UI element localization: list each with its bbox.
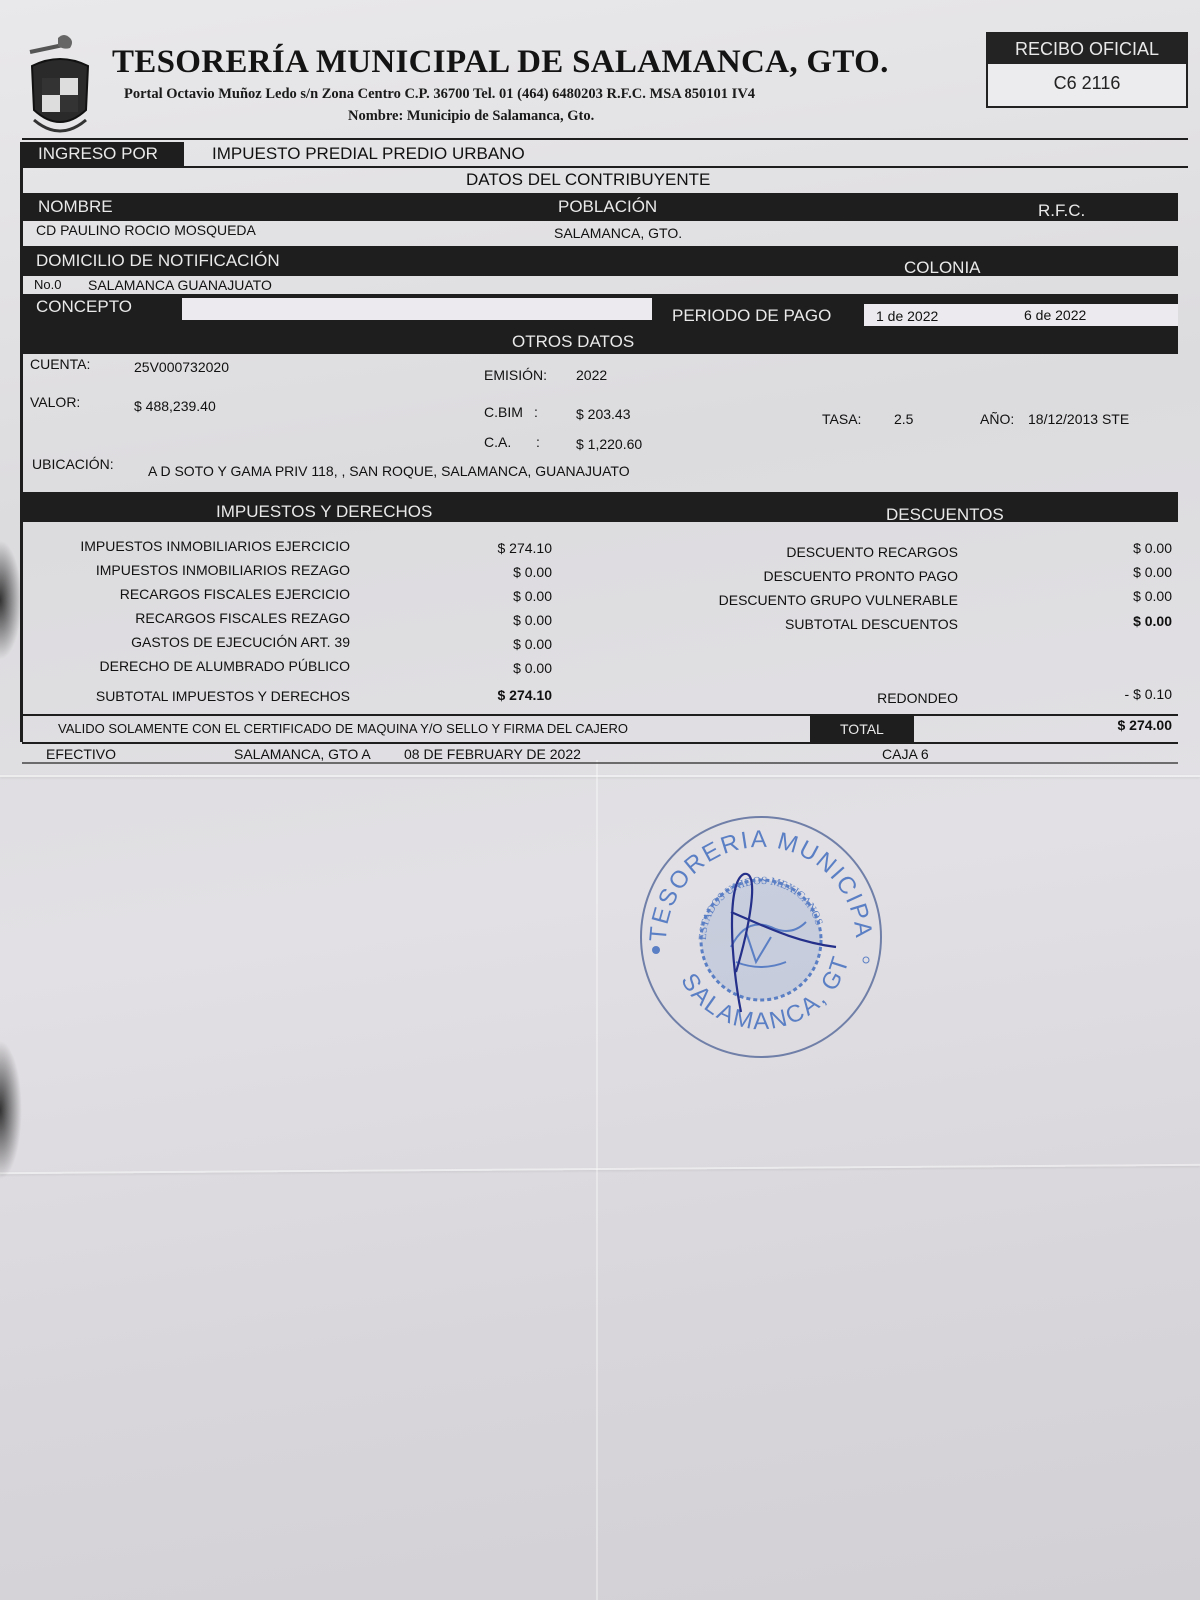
- section-title-contribuyente: DATOS DEL CONTRIBUYENTE: [466, 170, 710, 190]
- section-title-impuestos: IMPUESTOS Y DERECHOS: [216, 502, 432, 522]
- impuesto-row-label: RECARGOS FISCALES EJERCICIO: [40, 586, 350, 602]
- ubicacion-label: UBICACIÓN:: [32, 456, 114, 472]
- concepto-field: [182, 298, 652, 320]
- valor-value: $ 488,239.40: [134, 398, 216, 414]
- impuestos-subtotal-label: SUBTOTAL IMPUESTOS Y DERECHOS: [40, 688, 350, 704]
- divider: [22, 742, 1178, 744]
- ca-value: $ 1,220.60: [576, 436, 642, 452]
- impuesto-row-amount: $ 0.00: [450, 636, 552, 652]
- redondeo-value: - $ 0.10: [1070, 686, 1172, 702]
- impuesto-row-label: IMPUESTOS INMOBILIARIOS REZAGO: [40, 562, 350, 578]
- ubicacion-value: A D SOTO Y GAMA PRIV 118, , SAN ROQUE, S…: [148, 463, 630, 479]
- descuentos-subtotal-value: $ 0.00: [1070, 613, 1172, 629]
- caja: CAJA 6: [882, 746, 929, 762]
- impuesto-row-label: GASTOS DE EJECUCIÓN ART. 39: [40, 634, 350, 650]
- periodo-label: PERIODO DE PAGO: [672, 306, 831, 326]
- tasa-value: 2.5: [894, 411, 913, 427]
- divider: [22, 762, 1178, 764]
- emision-label: EMISIÓN:: [484, 367, 547, 383]
- cbim-label: C.BIM: [484, 404, 523, 420]
- domicilio-number: No.0: [34, 277, 61, 292]
- paper-fold: [0, 775, 1200, 777]
- redondeo-label: REDONDEO: [640, 690, 958, 706]
- ingreso-value: IMPUESTO PREDIAL PREDIO URBANO: [212, 144, 525, 164]
- impuesto-row-amount: $ 0.00: [450, 612, 552, 628]
- anio-value: 18/12/2013 STE: [1028, 411, 1129, 427]
- descuentos-subtotal-label: SUBTOTAL DESCUENTOS: [640, 616, 958, 632]
- ca-separator: :: [536, 434, 540, 450]
- org-name-line: Nombre: Municipio de Salamanca, Gto.: [348, 108, 594, 125]
- rfc-label: R.F.C.: [1038, 201, 1085, 221]
- impuesto-row-label: RECARGOS FISCALES REZAGO: [40, 610, 350, 626]
- impuestos-subtotal-value: $ 274.10: [450, 687, 552, 703]
- ingreso-label: INGRESO POR: [38, 144, 158, 164]
- descuento-row-amount: $ 0.00: [1070, 564, 1172, 580]
- emision-value: 2022: [576, 367, 607, 383]
- cuenta-value: 25V000732020: [134, 359, 229, 375]
- descuento-row-amount: $ 0.00: [1070, 588, 1172, 604]
- divider: [22, 714, 1178, 716]
- impuesto-row-label: IMPUESTOS INMOBILIARIOS EJERCICIO: [40, 538, 350, 554]
- toner-smudge: [0, 1040, 22, 1180]
- descuento-row-label: DESCUENTO PRONTO PAGO: [640, 568, 958, 584]
- receipt-number: C6 2116: [988, 64, 1186, 102]
- domicilio-value: SALAMANCA GUANAJUATO: [88, 277, 272, 293]
- paper-fold: [0, 1164, 1200, 1174]
- descuento-row-label: DESCUENTO GRUPO VULNERABLE: [640, 592, 958, 608]
- total-label: TOTAL: [840, 721, 884, 737]
- descuento-row-amount: $ 0.00: [1070, 540, 1172, 556]
- org-address: Portal Octavio Muñoz Ledo s/n Zona Centr…: [124, 86, 755, 103]
- fecha: 08 DE FEBRUARY DE 2022: [404, 746, 581, 762]
- nombre-label: NOMBRE: [38, 197, 113, 217]
- impuesto-row-label: DERECHO DE ALUMBRADO PÚBLICO: [40, 658, 350, 674]
- official-seal-icon: TESORERIA MUNICIPAL SALAMANCA, GTO ESTAD…: [636, 812, 886, 1062]
- colonia-label: COLONIA: [904, 258, 981, 278]
- section-title-otros-datos: OTROS DATOS: [512, 332, 634, 352]
- impuesto-row-amount: $ 274.10: [450, 540, 552, 556]
- impuestos-descuentos-header-bar: [22, 492, 1178, 522]
- valor-label: VALOR:: [30, 394, 80, 410]
- concepto-label: CONCEPTO: [36, 297, 132, 317]
- toner-smudge: [0, 540, 22, 660]
- nombre-value: CD PAULINO ROCIO MOSQUEDA: [36, 222, 256, 238]
- form-frame: [20, 142, 23, 742]
- periodo-desde: 1 de 2022: [876, 308, 938, 324]
- divider: [22, 138, 1188, 140]
- receipt-label: RECIBO OFICIAL: [988, 34, 1186, 64]
- poblacion-value: SALAMANCA, GTO.: [554, 225, 682, 241]
- cbim-value: $ 203.43: [576, 406, 631, 422]
- org-title: TESORERÍA MUNICIPAL DE SALAMANCA, GTO.: [112, 44, 889, 81]
- coat-of-arms-icon: [24, 30, 96, 140]
- domicilio-label: DOMICILIO DE NOTIFICACIÓN: [36, 251, 280, 271]
- tasa-label: TASA:: [822, 411, 861, 427]
- cbim-separator: :: [534, 404, 538, 420]
- descuento-row-label: DESCUENTO RECARGOS: [640, 544, 958, 560]
- section-title-descuentos: DESCUENTOS: [886, 505, 1004, 525]
- lugar: SALAMANCA, GTO A: [234, 746, 371, 762]
- ca-label: C.A.: [484, 434, 511, 450]
- total-value: $ 274.00: [1060, 717, 1172, 733]
- periodo-hasta: 6 de 2022: [1024, 307, 1086, 323]
- divider: [22, 166, 1188, 168]
- anio-label: AÑO:: [980, 411, 1014, 427]
- validez-note: VALIDO SOLAMENTE CON EL CERTIFICADO DE M…: [58, 721, 628, 736]
- cuenta-label: CUENTA:: [30, 356, 90, 372]
- impuesto-row-amount: $ 0.00: [450, 660, 552, 676]
- forma-pago: EFECTIVO: [46, 746, 116, 762]
- paper-fold: [596, 760, 598, 1600]
- impuesto-row-amount: $ 0.00: [450, 588, 552, 604]
- receipt-box: RECIBO OFICIAL C6 2116: [986, 32, 1188, 108]
- impuesto-row-amount: $ 0.00: [450, 564, 552, 580]
- poblacion-label: POBLACIÓN: [558, 197, 657, 217]
